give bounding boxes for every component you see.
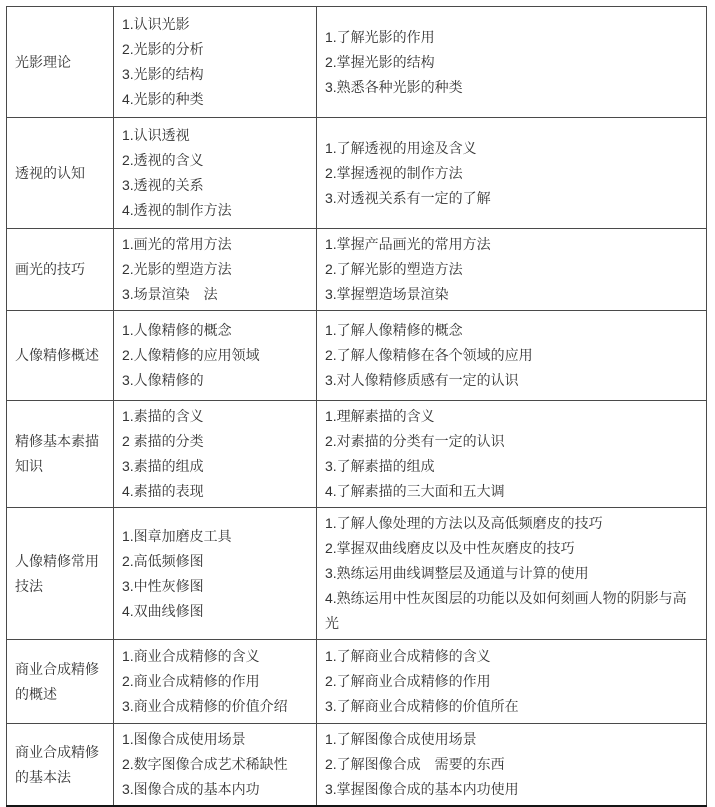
topic-cell: 光影理论	[7, 7, 114, 118]
cell-line: 2 素描的分类	[122, 429, 308, 454]
cell-line: 1.认识透视	[122, 123, 308, 148]
objective-cell: 1.了解商业合成精修的含义2.了解商业合成精修的作用3.了解商业合成精修的价值所…	[317, 640, 707, 724]
table-row: 透视的认知1.认识透视2.透视的含义3.透视的关系4.透视的制作方法1.了解透视…	[7, 118, 707, 229]
objective-cell: 1.了解图像合成使用场景2.了解图像合成 需要的东西3.掌握图像合成的基本内功使…	[317, 724, 707, 807]
cell-line: 4.熟练运用中性灰图层的功能以及如何刻画人物的阴影与高光	[325, 586, 698, 636]
cell-line: 4.透视的制作方法	[122, 198, 308, 223]
cell-line: 1.图章加磨皮工具	[122, 524, 308, 549]
cell-line: 1.人像精修的概念	[122, 318, 308, 343]
topic-cell: 商业合成精修的基本法	[7, 724, 114, 807]
cell-line: 3.素描的组成	[122, 454, 308, 479]
content-cell: 1.画光的常用方法2.光影的塑造方法3.场景渲染 法	[114, 229, 317, 311]
content-cell: 1.认识透视2.透视的含义3.透视的关系4.透视的制作方法	[114, 118, 317, 229]
cell-line: 2.对素描的分类有一定的认识	[325, 429, 698, 454]
cell-line: 2.光影的塑造方法	[122, 257, 308, 282]
cell-line: 3.透视的关系	[122, 173, 308, 198]
cell-line: 3.掌握图像合成的基本内功使用	[325, 777, 698, 802]
cell-line: 2.掌握透视的制作方法	[325, 161, 698, 186]
cell-line: 2.了解光影的塑造方法	[325, 257, 698, 282]
cell-line: 透视的认知	[15, 161, 105, 186]
topic-cell: 人像精修常用技法	[7, 508, 114, 640]
cell-line: 3.对透视关系有一定的了解	[325, 186, 698, 211]
cell-line: 2.商业合成精修的作用	[122, 669, 308, 694]
topic-cell: 透视的认知	[7, 118, 114, 229]
cell-line: 3.掌握塑造场景渲染	[325, 282, 698, 307]
cell-line: 3.熟悉各种光影的种类	[325, 75, 698, 100]
cell-line: 人像精修常用技法	[15, 549, 105, 599]
cell-line: 2.光影的分析	[122, 37, 308, 62]
cell-line: 1.了解透视的用途及含义	[325, 136, 698, 161]
curriculum-table: 光影理论1.认识光影2.光影的分析3.光影的结构4.光影的种类1.了解光影的作用…	[6, 6, 707, 807]
cell-line: 画光的技巧	[15, 257, 105, 282]
cell-line: 精修基本素描知识	[15, 429, 105, 479]
cell-line: 4.双曲线修图	[122, 599, 308, 624]
cell-line: 3.光影的结构	[122, 62, 308, 87]
cell-line: 商业合成精修的基本法	[15, 740, 105, 790]
content-cell: 1.图像合成使用场景2.数字图像合成艺术稀缺性3.图像合成的基本内功	[114, 724, 317, 807]
table-row: 画光的技巧1.画光的常用方法2.光影的塑造方法3.场景渲染 法1.掌握产品画光的…	[7, 229, 707, 311]
topic-cell: 精修基本素描知识	[7, 401, 114, 508]
cell-line: 1.了解人像处理的方法以及高低频磨皮的技巧	[325, 511, 698, 536]
table-row: 人像精修概述1.人像精修的概念2.人像精修的应用领域3.人像精修的1.了解人像精…	[7, 311, 707, 401]
topic-cell: 商业合成精修的概述	[7, 640, 114, 724]
table-row: 商业合成精修的基本法1.图像合成使用场景2.数字图像合成艺术稀缺性3.图像合成的…	[7, 724, 707, 807]
cell-line: 2.人像精修的应用领域	[122, 343, 308, 368]
cell-line: 1.理解素描的含义	[325, 404, 698, 429]
objective-cell: 1.理解素描的含义2.对素描的分类有一定的认识3.了解素描的组成4.了解素描的三…	[317, 401, 707, 508]
cell-line: 3.了解商业合成精修的价值所在	[325, 694, 698, 719]
objective-cell: 1.了解透视的用途及含义2.掌握透视的制作方法3.对透视关系有一定的了解	[317, 118, 707, 229]
cell-line: 3.中性灰修图	[122, 574, 308, 599]
cell-line: 2.数字图像合成艺术稀缺性	[122, 752, 308, 777]
cell-line: 1.掌握产品画光的常用方法	[325, 232, 698, 257]
cell-line: 1.商业合成精修的含义	[122, 644, 308, 669]
objective-cell: 1.了解光影的作用2.掌握光影的结构3.熟悉各种光影的种类	[317, 7, 707, 118]
cell-line: 4.光影的种类	[122, 87, 308, 112]
cell-line: 3.场景渲染 法	[122, 282, 308, 307]
content-cell: 1.图章加磨皮工具2.高低频修图3.中性灰修图4.双曲线修图	[114, 508, 317, 640]
cell-line: 人像精修概述	[15, 343, 105, 368]
cell-line: 2.掌握光影的结构	[325, 50, 698, 75]
topic-cell: 人像精修概述	[7, 311, 114, 401]
cell-line: 1.了解图像合成使用场景	[325, 727, 698, 752]
cell-line: 3.人像精修的	[122, 368, 308, 393]
cell-line: 3.了解素描的组成	[325, 454, 698, 479]
cell-line: 3.对人像精修质感有一定的认识	[325, 368, 698, 393]
cell-line: 商业合成精修的概述	[15, 657, 105, 707]
cell-line: 光影理论	[15, 50, 105, 75]
cell-line: 4.素描的表现	[122, 479, 308, 504]
objective-cell: 1.了解人像处理的方法以及高低频磨皮的技巧2.掌握双曲线磨皮以及中性灰磨皮的技巧…	[317, 508, 707, 640]
cell-line: 2.了解人像精修在各个领域的应用	[325, 343, 698, 368]
cell-line: 1.了解光影的作用	[325, 25, 698, 50]
table-row: 商业合成精修的概述1.商业合成精修的含义2.商业合成精修的作用3.商业合成精修的…	[7, 640, 707, 724]
cell-line: 3.图像合成的基本内功	[122, 777, 308, 802]
cell-line: 2.透视的含义	[122, 148, 308, 173]
cell-line: 2.了解图像合成 需要的东西	[325, 752, 698, 777]
table-row: 人像精修常用技法1.图章加磨皮工具2.高低频修图3.中性灰修图4.双曲线修图1.…	[7, 508, 707, 640]
curriculum-table-body: 光影理论1.认识光影2.光影的分析3.光影的结构4.光影的种类1.了解光影的作用…	[7, 7, 707, 807]
cell-line: 1.素描的含义	[122, 404, 308, 429]
content-cell: 1.商业合成精修的含义2.商业合成精修的作用3.商业合成精修的价值介绍	[114, 640, 317, 724]
cell-line: 1.了解商业合成精修的含义	[325, 644, 698, 669]
cell-line: 3.商业合成精修的价值介绍	[122, 694, 308, 719]
objective-cell: 1.掌握产品画光的常用方法2.了解光影的塑造方法3.掌握塑造场景渲染	[317, 229, 707, 311]
cell-line: 2.掌握双曲线磨皮以及中性灰磨皮的技巧	[325, 536, 698, 561]
content-cell: 1.素描的含义2 素描的分类3.素描的组成4.素描的表现	[114, 401, 317, 508]
content-cell: 1.认识光影2.光影的分析3.光影的结构4.光影的种类	[114, 7, 317, 118]
cell-line: 2.高低频修图	[122, 549, 308, 574]
objective-cell: 1.了解人像精修的概念2.了解人像精修在各个领域的应用3.对人像精修质感有一定的…	[317, 311, 707, 401]
cell-line: 4.了解素描的三大面和五大调	[325, 479, 698, 504]
page: 光影理论1.认识光影2.光影的分析3.光影的结构4.光影的种类1.了解光影的作用…	[0, 0, 715, 770]
content-cell: 1.人像精修的概念2.人像精修的应用领域3.人像精修的	[114, 311, 317, 401]
cell-line: 1.了解人像精修的概念	[325, 318, 698, 343]
table-row: 光影理论1.认识光影2.光影的分析3.光影的结构4.光影的种类1.了解光影的作用…	[7, 7, 707, 118]
cell-line: 3.熟练运用曲线调整层及通道与计算的使用	[325, 561, 698, 586]
cell-line: 1.图像合成使用场景	[122, 727, 308, 752]
cell-line: 1.画光的常用方法	[122, 232, 308, 257]
cell-line: 1.认识光影	[122, 12, 308, 37]
table-row: 精修基本素描知识1.素描的含义2 素描的分类3.素描的组成4.素描的表现1.理解…	[7, 401, 707, 508]
cell-line: 2.了解商业合成精修的作用	[325, 669, 698, 694]
topic-cell: 画光的技巧	[7, 229, 114, 311]
